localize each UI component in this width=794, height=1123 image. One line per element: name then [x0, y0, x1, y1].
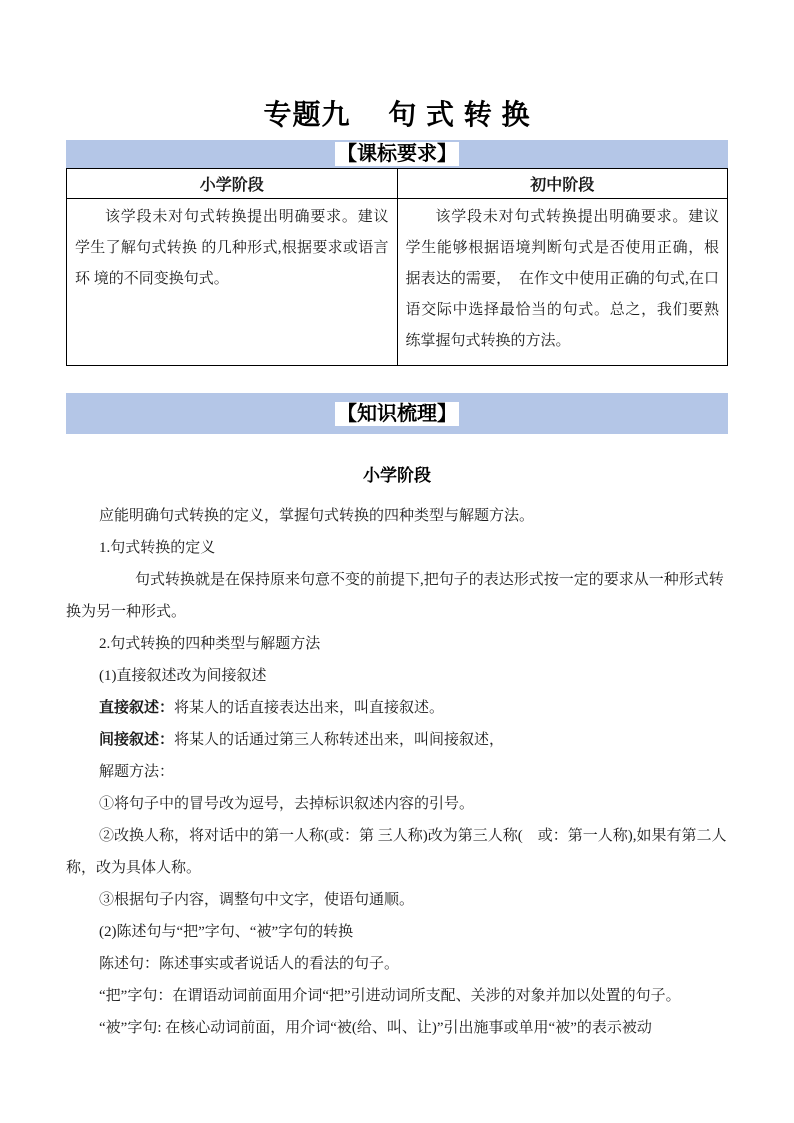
sub2-title: (2)陈述句与“把”字句、“被”字句的转换 [66, 916, 728, 948]
sub1-title: (1)直接叙述改为间接叙述 [66, 660, 728, 692]
knowledge-body: 应能明确句式转换的定义，掌握句式转换的四种类型与解题方法。 1.句式转换的定义 … [66, 500, 728, 1044]
direct-narration-definition: 直接叙述：将某人的话直接表达出来，叫直接叙述。 [66, 692, 728, 724]
section-banner-knowledge: 【知识梳理】 [66, 393, 728, 434]
method-step-1: ①将句子中的冒号改为逗号，去掉标识叙述内容的引号。 [66, 788, 728, 820]
item1-definition: 句式转换就是在保持原来句意不变的前提下,把句子的表达形式按一定的要求从一种形式转… [66, 564, 728, 628]
direct-narration-label: 直接叙述： [99, 700, 174, 716]
document-page: 专题九 句 式 转 换 【课标要求】 小学阶段 初中阶段 该学段未对句式转换提出… [0, 0, 794, 1123]
bei-sentence-definition: “被”字句: 在核心动词前面，用介词“被(给、叫、让)”引出施事或单用“被”的表… [66, 1012, 728, 1044]
table-header-middle-school: 初中阶段 [397, 169, 728, 199]
table-header-row: 小学阶段 初中阶段 [67, 169, 728, 199]
method-title: 解题方法： [66, 756, 728, 788]
method-step-3: ③根据句子内容，调整句中文字，使语句通顺。 [66, 884, 728, 916]
page-title: 专题九 句 式 转 换 [66, 0, 728, 140]
direct-narration-text: 将某人的话直接表达出来，叫直接叙述。 [174, 700, 444, 716]
section-banner-curriculum: 【课标要求】 [66, 140, 728, 168]
intro-paragraph: 应能明确句式转换的定义，掌握句式转换的四种类型与解题方法。 [66, 500, 728, 532]
ba-sentence-definition: “把”字句：在谓语动词前面用介词“把”引进动词所支配、关涉的对象并加以处置的句子… [66, 980, 728, 1012]
method-step-2: ②改换人称，将对话中的第一人称(或：第 三人称)改为第三人称( 或：第一人称),… [66, 820, 728, 884]
item2-title: 2.句式转换的四种类型与解题方法 [66, 628, 728, 660]
requirements-table: 小学阶段 初中阶段 该学段未对句式转换提出明确要求。建议学生了解句式转换 的几种… [66, 168, 728, 366]
section-banner-knowledge-label: 【知识梳理】 [335, 402, 459, 426]
indirect-narration-label: 间接叙述： [99, 732, 174, 748]
table-header-primary-school: 小学阶段 [67, 169, 398, 199]
indirect-narration-text: 将某人的话通过第三人称转述出来，叫间接叙述， [174, 732, 504, 748]
item1-title: 1.句式转换的定义 [66, 532, 728, 564]
table-cell-middle-school: 该学段未对句式转换提出明确要求。建议学生能够根据语境判断句式是否使用正确，根据表… [397, 199, 728, 366]
section-banner-curriculum-label: 【课标要求】 [335, 142, 459, 166]
indirect-narration-definition: 间接叙述：将某人的话通过第三人称转述出来，叫间接叙述， [66, 724, 728, 756]
statement-sentence-definition: 陈述句：陈述事实或者说话人的看法的句子。 [66, 948, 728, 980]
table-body-row: 该学段未对句式转换提出明确要求。建议学生了解句式转换 的几种形式,根据要求或语言… [67, 199, 728, 366]
subsection-heading-primary: 小学阶段 [66, 434, 728, 488]
table-cell-primary-school: 该学段未对句式转换提出明确要求。建议学生了解句式转换 的几种形式,根据要求或语言… [67, 199, 398, 366]
